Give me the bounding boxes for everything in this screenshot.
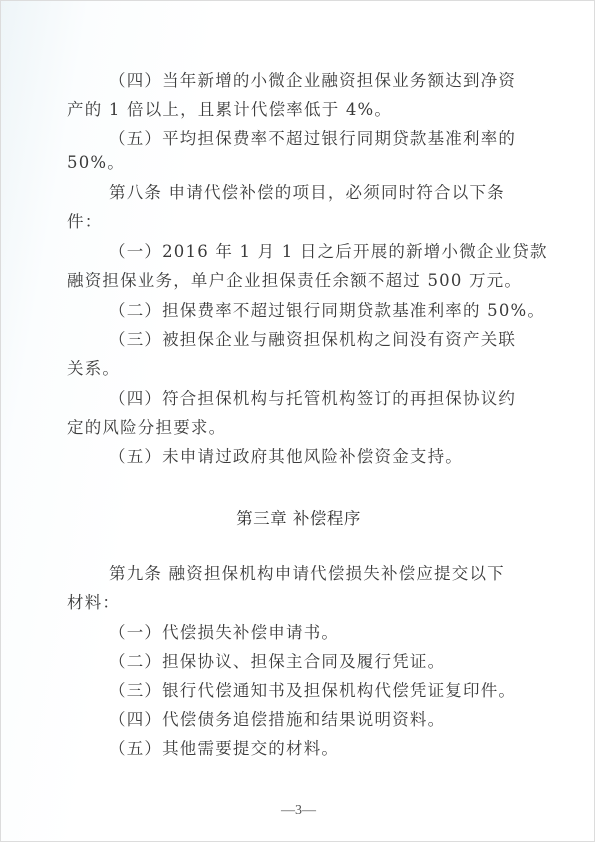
article-8-line-1: 第八条 申请代偿补偿的项目，必须同时符合以下条 [109, 183, 505, 203]
document-page: （四）当年新增的小微企业融资担保业务额达到净资 产的 1 倍以上，且累计代偿率低… [1, 1, 594, 841]
para-4-line-2: 产的 1 倍以上，且累计代偿率低于 4%。 [67, 100, 392, 120]
article-8-item-4-line-1: （四）符合担保机构与托管机构签订的再担保协议约 [109, 389, 516, 409]
article-8-item-3-line-2: 关系。 [67, 359, 120, 379]
article-8-item-5: （五）未申请过政府其他风险补偿资金支持。 [109, 447, 463, 467]
para-5-line-1: （五）平均担保费率不超过银行同期贷款基准利率的 [109, 129, 516, 149]
article-8-item-3-line-1: （三）被担保企业与融资担保机构之间没有资产关联 [109, 330, 516, 350]
para-5-line-2: 50%。 [67, 153, 125, 173]
article-8-item-4-line-2: 定的风险分担要求。 [67, 418, 226, 438]
article-9-item-3: （三）银行代偿通知书及担保机构代偿凭证复印件。 [109, 681, 516, 701]
article-9-line-2: 材料： [67, 593, 120, 613]
page-number: —3— [1, 803, 595, 819]
chapter-heading: 第三章 补偿程序 [1, 505, 595, 529]
article-8-item-1-line-2: 融资担保业务，单户企业担保责任余额不超过 500 万元。 [67, 271, 522, 291]
article-9-item-4: （四）代偿债务追偿措施和结果说明资料。 [109, 710, 445, 730]
article-9-line-1: 第九条 融资担保机构申请代偿损失补偿应提交以下 [109, 564, 505, 584]
article-9-item-1: （一）代偿损失补偿申请书。 [109, 623, 339, 643]
article-8-item-1-line-1: （一）2016 年 1 月 1 日之后开展的新增小微企业贷款 [109, 242, 548, 262]
article-8-line-2: 件： [67, 212, 102, 232]
para-4-line-1: （四）当年新增的小微企业融资担保业务额达到净资 [109, 71, 516, 91]
article-9-item-2: （二）担保协议、担保主合同及履行凭证。 [109, 652, 445, 672]
article-8-item-2: （二）担保费率不超过银行同期贷款基准利率的 50%。 [109, 301, 545, 321]
article-9-item-5: （五）其他需要提交的材料。 [109, 739, 339, 759]
